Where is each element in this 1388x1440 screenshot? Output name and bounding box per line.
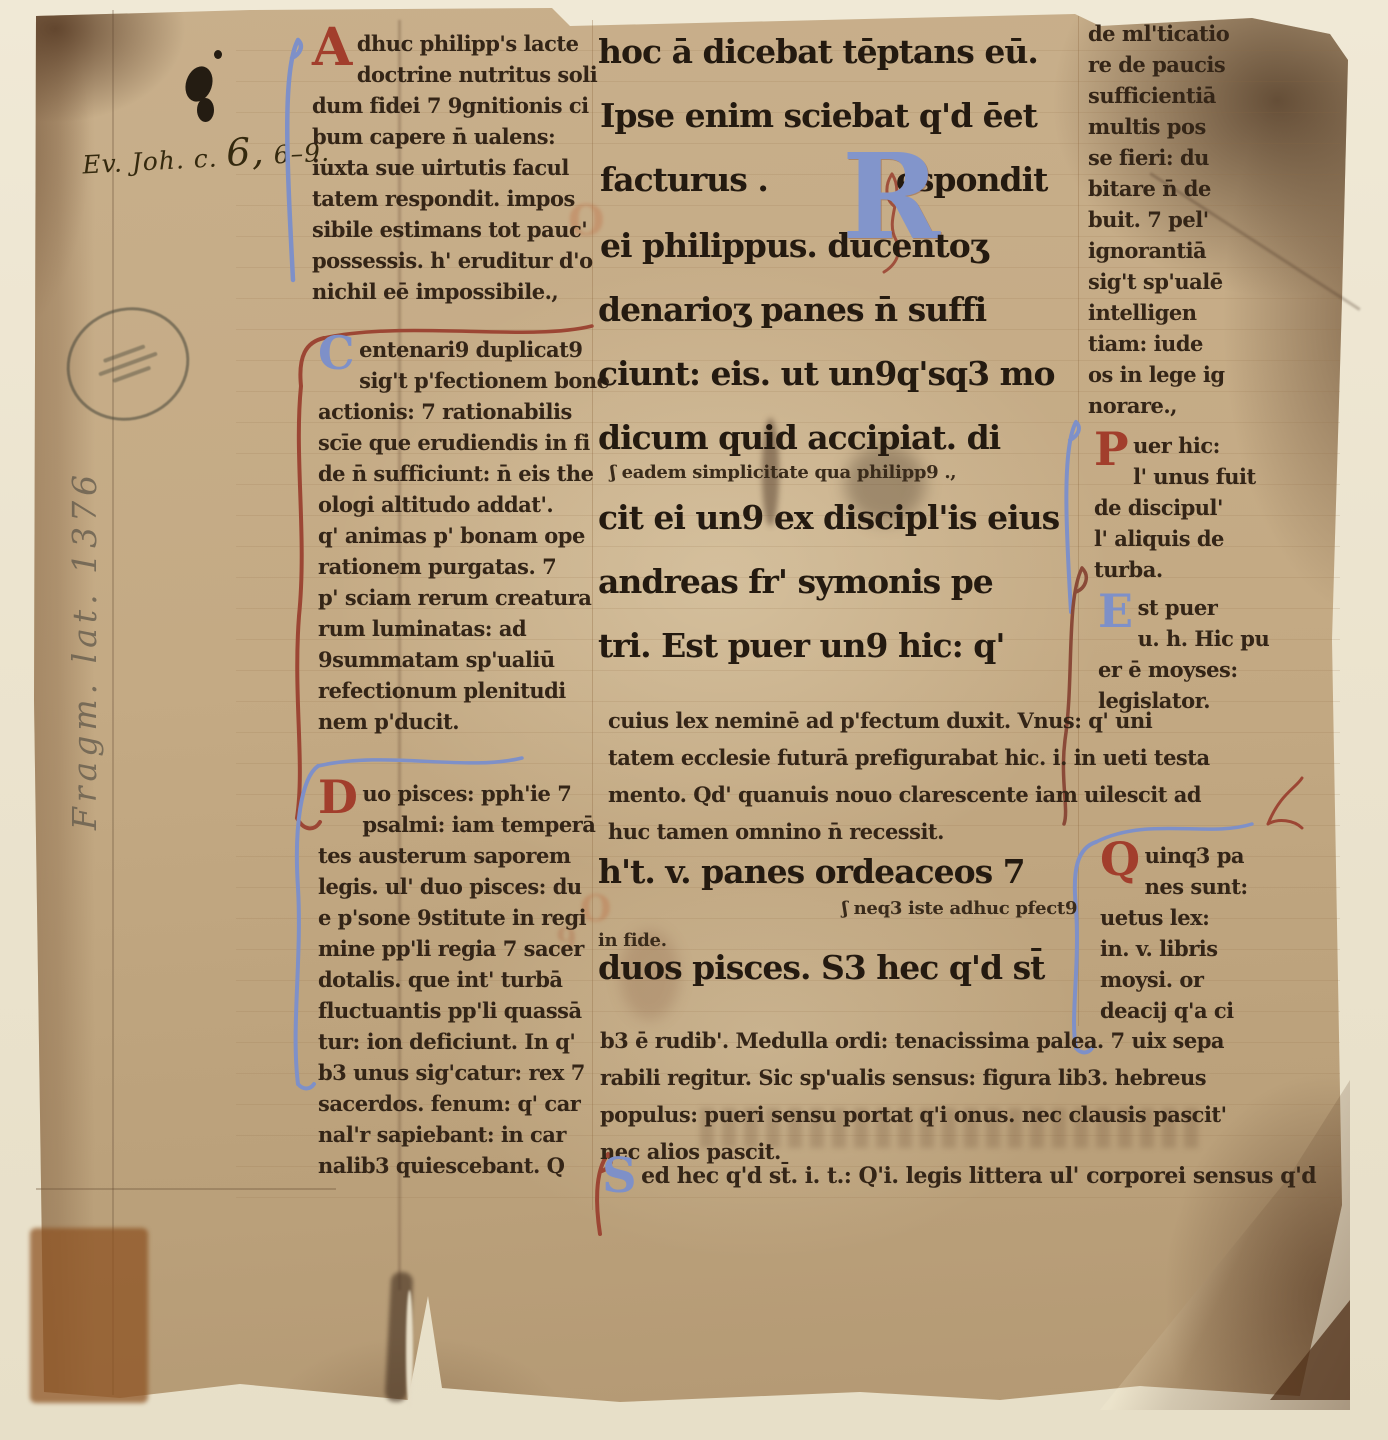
text-line: nem p'ducit. (318, 706, 594, 737)
text-line: tes austerum saporem (318, 840, 586, 871)
right-gloss-block-1: de ml'ticatiore de paucissufficientiāmul… (1088, 18, 1229, 421)
text-line: ologi altitudo addat'. (318, 489, 594, 520)
text-line: rum luminatas: ad (318, 613, 594, 644)
right-gloss-block-4: Q uinq3 panes sunt:uetus lex:in. v. libr… (1100, 840, 1234, 1026)
text-line: populus: pueri sensu portat q'i onus. ne… (600, 1096, 1227, 1133)
text-line: psalmi: iam temperā (318, 809, 586, 840)
text-line: sig't p'fectionem bone (318, 365, 594, 396)
text-line: re de paucis (1088, 49, 1229, 80)
text-line: b3 unus sig'catur: rex 7 (318, 1057, 586, 1088)
text-line: se fieri: du (1088, 142, 1229, 173)
text-line: deacij q'a ci (1100, 995, 1234, 1026)
main-text-segment: facturus . (600, 160, 768, 199)
main-text-line: ei philippus. ducentoʒ (600, 226, 988, 265)
drop-initial-d: D (318, 778, 357, 816)
text-line: dum fidei 7 9gnitionis ci (312, 90, 593, 121)
text-line: os in lege ig (1088, 359, 1229, 390)
text-line: b3 ē rudib'. Medulla ordi: tenacissima p… (600, 1022, 1227, 1059)
text-line: mento. Qd' quanuis nouo clarescente iam … (608, 776, 1210, 813)
text-line: nal'r sapiebant: in car (318, 1119, 586, 1150)
text-line: sufficientiā (1088, 80, 1229, 111)
text-line: refectionum plenitudi (318, 675, 594, 706)
text-line: de ml'ticatio (1088, 18, 1229, 49)
text-line: scīe que erudiendis in fi (318, 427, 594, 458)
text-line: tatem respondit. impos (312, 183, 593, 214)
main-text-line: facturus .espondit (600, 160, 1047, 199)
right-gloss-block-3: E st pueru. h. Hic puer ē moyses:legisla… (1098, 592, 1238, 716)
text-line: sig't sp'ualē (1088, 266, 1229, 297)
left-gloss-block-3: D uo pisces: pph'ie 7psalmi: iam temperā… (318, 778, 586, 1181)
manuscript-photo: O O 9 Ev. Joh. c. 6, 6–9. Fragm. lat. 13… (0, 0, 1388, 1440)
main-text-line: ciunt: eis. ut un9q'sq3 mo (598, 354, 1055, 393)
drop-initial-p: P (1094, 430, 1128, 468)
text-line: sacerdos. fenum: q' car (318, 1088, 586, 1119)
shelfmark-note: Fragm. lat. 1376 (65, 415, 109, 885)
gloss-lines: uo pisces: pph'ie 7psalmi: iam temperāte… (318, 778, 586, 1181)
text-line: norare., (1088, 390, 1229, 421)
drop-initial-e: E (1098, 592, 1133, 630)
column-ruling-right (1078, 16, 1079, 1026)
right-gloss-block-2: P uer hic:l' unus fuitde discipul'l' ali… (1094, 430, 1224, 585)
text-line: in. v. libris (1100, 933, 1234, 964)
main-text-line: duos pisces. S3 hec q'd st̄ (598, 948, 1044, 987)
interlinear-gloss: ʃ eadem simplicitate qua philipp9 ., (610, 462, 956, 483)
drop-initial-q: Q (1100, 840, 1140, 878)
gloss-lines: entenari9 duplicat9sig't p'fectionem bon… (318, 334, 594, 737)
final-line-text: ed hec q'd st̄. i. t.: Q'i. legis litter… (641, 1163, 1316, 1189)
text-line: iuxta sue uirtutis facul (312, 152, 593, 183)
left-gloss-block-1: A dhuc philipp's lactedoctrine nutritus … (312, 28, 593, 307)
text-line: legislator. (1098, 685, 1238, 716)
reference-note-prefix: Ev. Joh. c. (82, 143, 219, 179)
text-line: actionis: 7 rationabilis (318, 396, 594, 427)
text-line: de discipul' (1094, 492, 1224, 523)
commentary-mid: cuius lex neminē ad p'fectum duxit. Vnus… (608, 702, 1210, 850)
main-text-line: tri. Est puer un9 hic: q' (598, 626, 1004, 665)
main-text-line: Ipse enim sciebat q'd ēet (600, 96, 1037, 135)
commentary-bottom: b3 ē rudib'. Medulla ordi: tenacissima p… (600, 1022, 1227, 1170)
main-text-line: h't. v. panes ordeaceos 7 (598, 852, 1025, 891)
text-line: mine pp'li regia 7 sacer (318, 933, 586, 964)
gloss-lines: de ml'ticatiore de paucissufficientiāmul… (1088, 18, 1229, 421)
text-line: intelligen (1088, 297, 1229, 328)
gloss-lines: dhuc philipp's lactedoctrine nutritus so… (312, 28, 593, 307)
text-line: moysi. or (1100, 964, 1234, 995)
reference-note-chapter: 6, (225, 129, 266, 175)
text-line: 9summatam sp'ualiū (318, 644, 594, 675)
worm-hole (214, 50, 222, 59)
text-line: tiam: iude (1088, 328, 1229, 359)
text-line: buit. 7 pel' (1088, 204, 1229, 235)
text-line: nichil eē impossibile., (312, 276, 593, 307)
text-line: entenari9 duplicat9 (318, 334, 594, 365)
drop-initial-c: C (318, 334, 354, 372)
text-line: tatem ecclesie futurā prefigurabat hic. … (608, 739, 1210, 776)
text-line: q' animas p' bonam ope (318, 520, 594, 551)
text-line: dhuc philipp's lacte (312, 28, 593, 59)
text-line: tur: ion deficiunt. In q' (318, 1026, 586, 1057)
text-line: sibile estimans tot pauc' (312, 214, 593, 245)
worm-hole (197, 98, 214, 122)
text-line: ignorantiā (1088, 235, 1229, 266)
text-line: e p'sone 9stitute in regi (318, 902, 586, 933)
text-line: bitare n̄ de (1088, 173, 1229, 204)
text-line: doctrine nutritus soli (312, 59, 593, 90)
main-text-line: hoc ā dicebat tēptans eū. (598, 32, 1038, 71)
main-text-line: dicum quid accipiat. di (598, 418, 1000, 457)
drop-initial-s: S (602, 1158, 636, 1194)
text-line: multis pos (1088, 111, 1229, 142)
text-line: fluctuantis pp'li quassā (318, 995, 586, 1026)
text-line: rabili regitur. Sic sp'ualis sensus: fig… (600, 1059, 1227, 1096)
left-gloss-block-2: C entenari9 duplicat9sig't p'fectionem b… (318, 334, 594, 737)
main-text-line: denarioʒ panes n̄ suffi (598, 290, 986, 329)
drop-initial-a: A (312, 28, 352, 68)
text-line: turba. (1094, 554, 1224, 585)
main-text-line: andreas fr' symonis pe (598, 562, 993, 601)
text-line: legis. ul' duo pisces: du (318, 871, 586, 902)
interlinear-gloss: ʃ neq3 iste adhuc pfect9 (842, 898, 1077, 919)
text-line: p' sciam rerum creatura (318, 582, 594, 613)
text-line: rationem purgatas. 7 (318, 551, 594, 582)
text-line: l' aliquis de (1094, 523, 1224, 554)
text-line: er ē moyses: (1098, 654, 1238, 685)
text-line: uo pisces: pph'ie 7 (318, 778, 586, 809)
text-line: possessis. h' eruditur d'o (312, 245, 593, 276)
text-line: nalib3 quiescebant. Q (318, 1150, 586, 1181)
text-line: de n̄ sufficiunt: n̄ eis the (318, 458, 594, 489)
text-line: uetus lex: (1100, 902, 1234, 933)
main-text-line: cit ei un9 ex discipl'is eius (598, 498, 1059, 537)
commentary-final-line: S ed hec q'd st̄. i. t.: Q'i. legis litt… (602, 1158, 1316, 1195)
text-line: bum capere n̄ ualens: (312, 121, 593, 152)
text-line: dotalis. que int' turbā (318, 964, 586, 995)
